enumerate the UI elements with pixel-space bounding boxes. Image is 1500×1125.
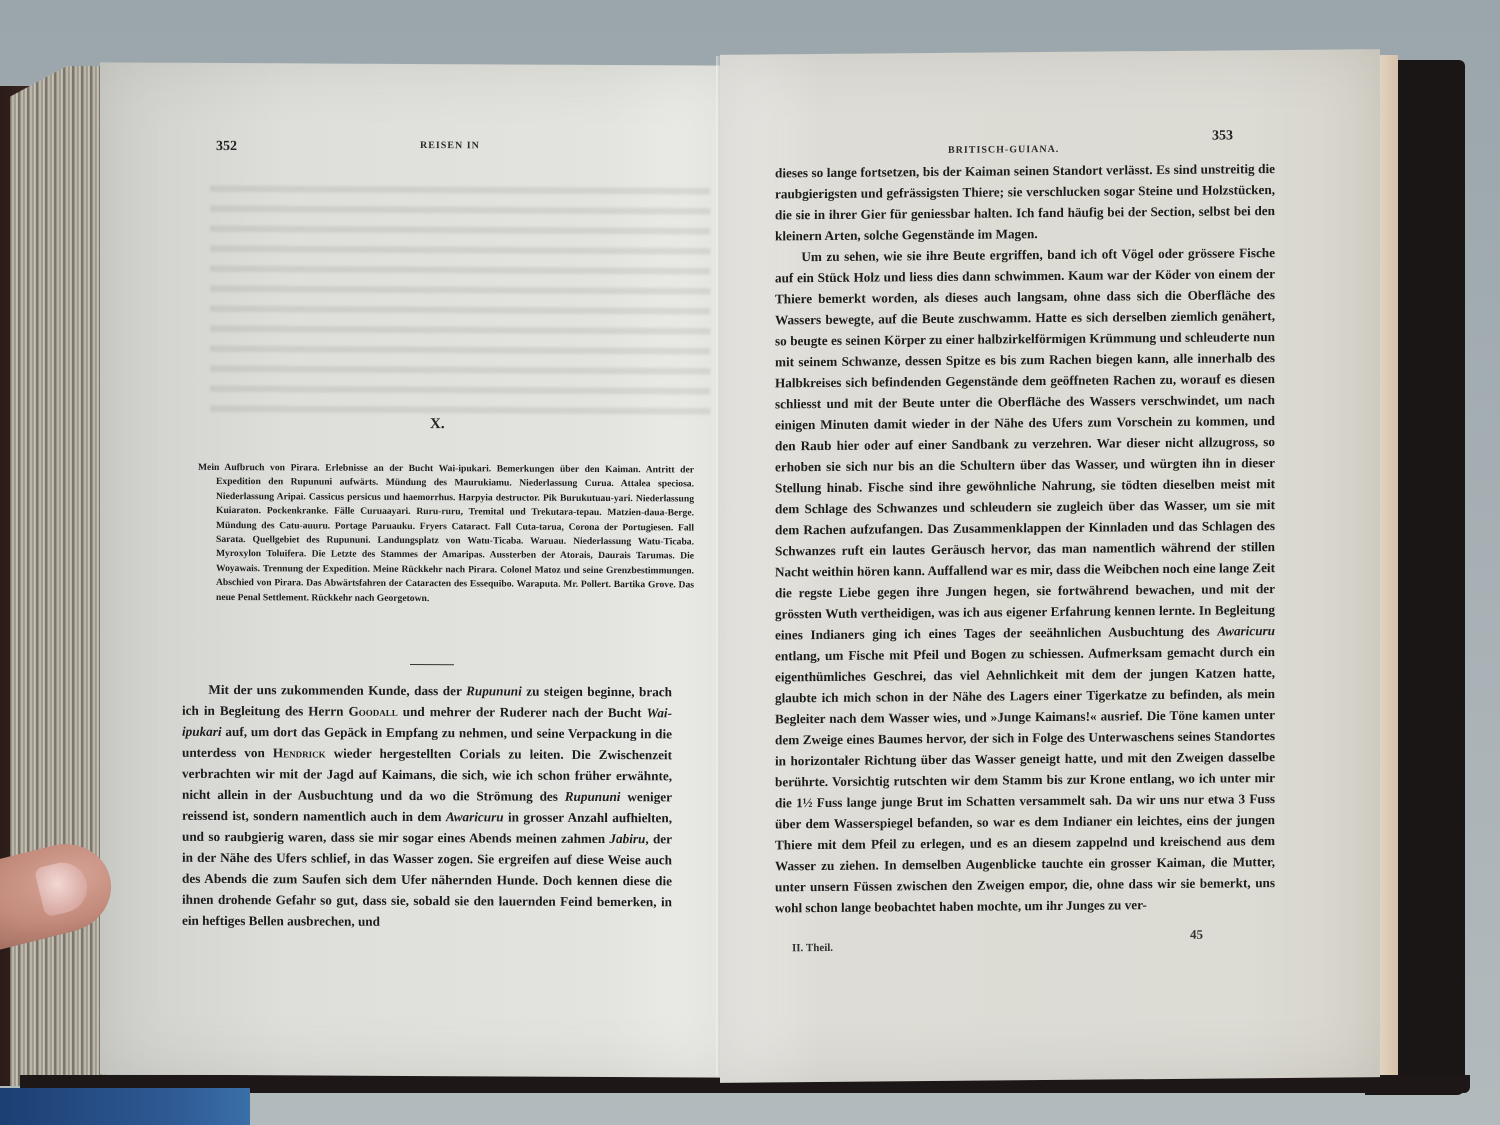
thumbnail <box>34 857 93 917</box>
page-number: 352 <box>216 139 237 155</box>
chapter-summary: Mein Aufbruch von Pirara. Erlebnisse an … <box>198 461 694 608</box>
paragraph: dieses so lange fortsetzen, bis der Kaim… <box>775 158 1275 246</box>
show-through-text <box>210 173 710 426</box>
signature-mark: II. Theil. <box>792 942 833 954</box>
page-number: 353 <box>1212 128 1233 144</box>
photo-scene: 352 REISEN IN X. Mein Aufbruch von Pirar… <box>0 0 1500 1125</box>
body-text: Mit der uns zukommenden Kunde, dass der … <box>182 679 672 934</box>
blue-object <box>0 1088 250 1125</box>
divider-rule <box>410 664 454 665</box>
left-page: 352 REISEN IN X. Mein Aufbruch von Pirar… <box>100 62 728 1077</box>
paragraph: Um zu sehen, wie sie ihre Beute ergriffe… <box>775 242 1275 918</box>
running-head: BRITISCH-GUIANA. <box>948 144 1059 156</box>
chapter-number: X. <box>430 416 445 433</box>
running-head: REISEN IN <box>420 140 480 151</box>
signature-number: 45 <box>1190 927 1203 943</box>
body-text: dieses so lange fortsetzen, bis der Kaim… <box>775 158 1275 918</box>
right-page: BRITISCH-GUIANA. 353 dieses so lange for… <box>720 49 1380 1083</box>
